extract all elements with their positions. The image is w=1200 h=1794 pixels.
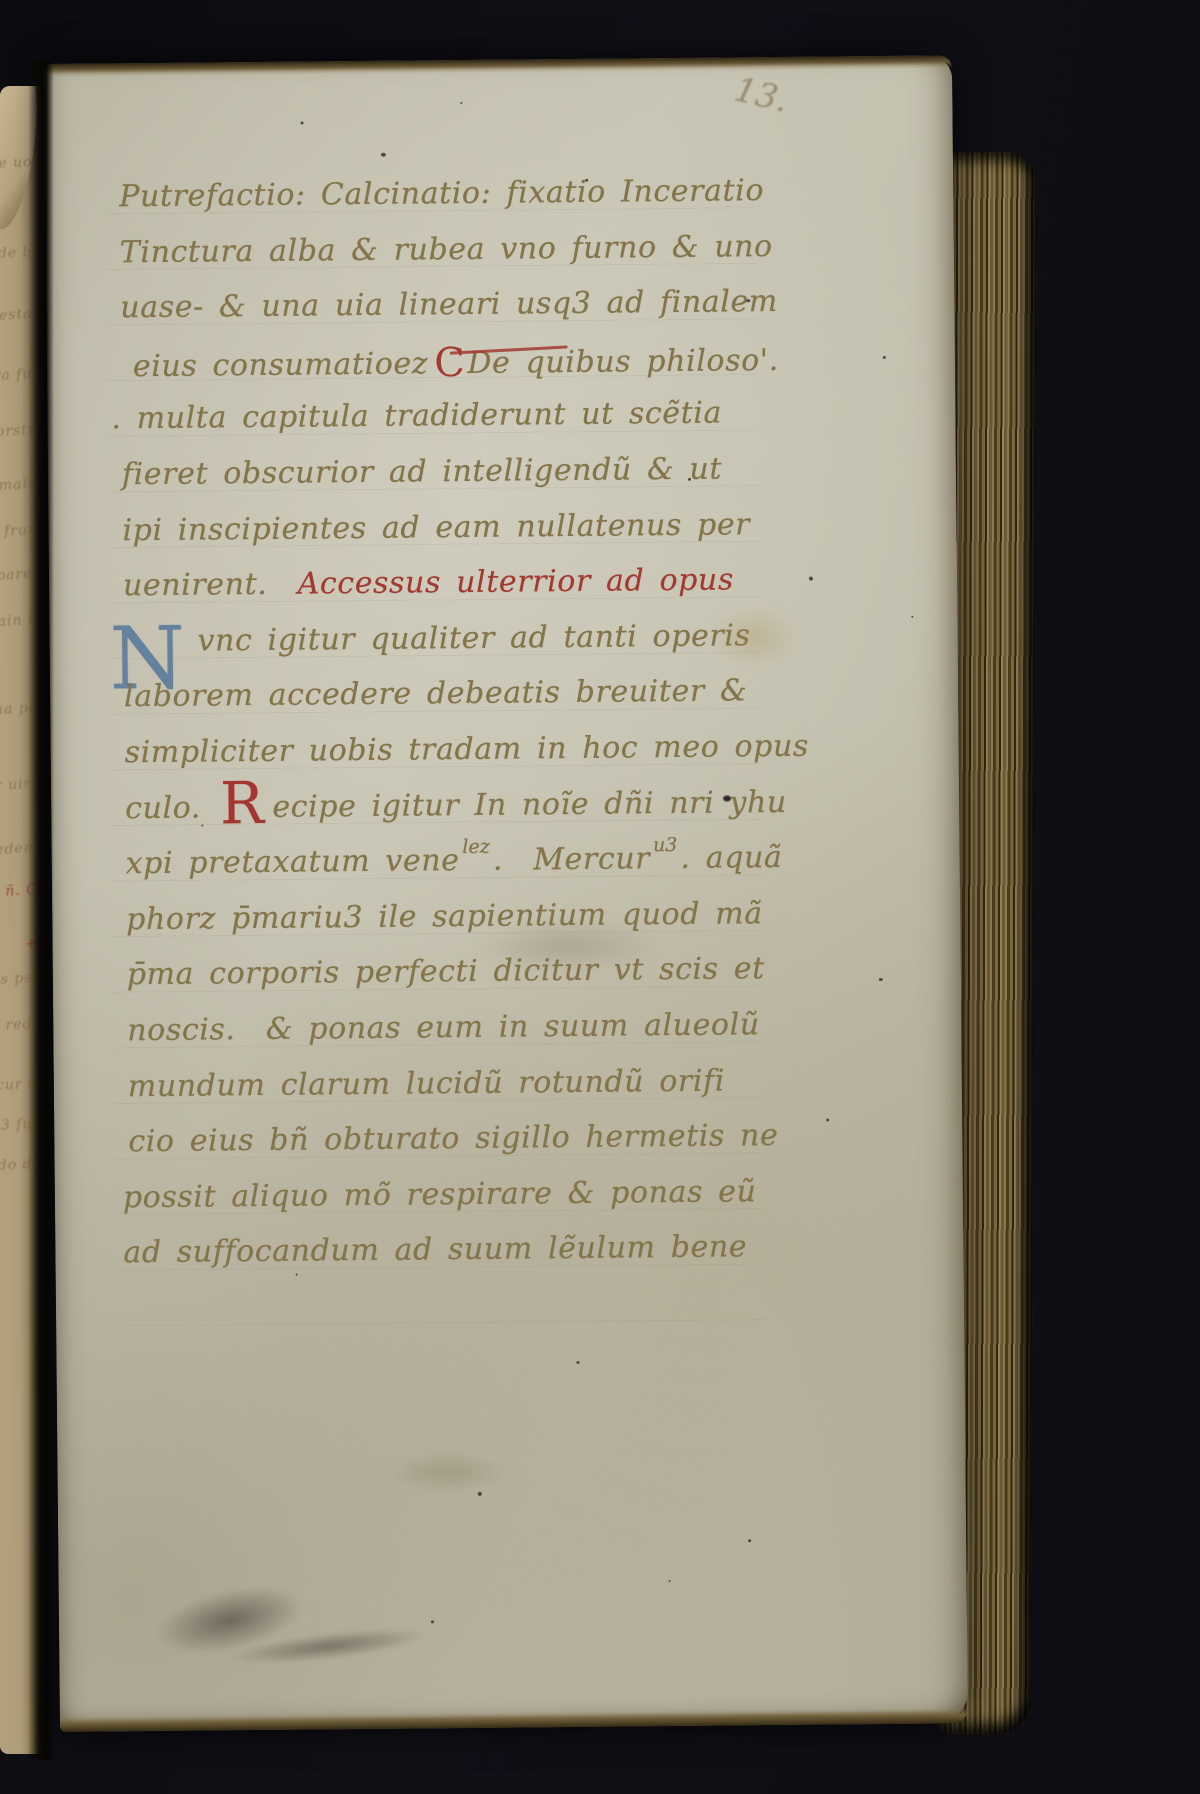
- line-text: Putrefactio: Calcinatio: fixatio Incerat…: [119, 173, 764, 214]
- ink-speckle: [746, 299, 750, 302]
- line-text: vnc igitur qualiter ad tanti operis: [197, 618, 750, 658]
- line-text: ecipe igitur In noĩe dñi nri yhu: [272, 784, 787, 824]
- manuscript-line: . multa capitula tradiderunt ut scẽtia: [111, 385, 786, 447]
- ink-speckle: [809, 577, 813, 581]
- manuscript-page: 13. Putrefactio: Calcinatio: fixatio Inc…: [44, 55, 968, 1732]
- manuscript-line: ad suffocandum ad suum lẽulum bene: [123, 1219, 794, 1281]
- line-text: noscis. & ponas eum in suum alueolũ: [127, 1007, 760, 1048]
- line-text: ipi inscipientes ad eam nullatenus per: [122, 507, 750, 548]
- manuscript-line: culo. Recipe igitur In noĩe dñi nri yhu: [125, 774, 790, 836]
- manuscript-line: possit aliquo mõ respirare & ponas eũ: [123, 1164, 794, 1226]
- line-text: cio eius bñ obturato sigillo hermetis ne: [128, 1118, 778, 1159]
- manuscript-line: eius consumatioezCDe quibus philoso'.: [121, 330, 786, 392]
- manuscript-line: mundum clarum lucidũ rotundũ orifi: [128, 1052, 793, 1114]
- line-text: xpi pretaxatum vene: [126, 843, 460, 881]
- manuscript-line: Putrefactio: Calcinatio: fixatio Incerat…: [119, 163, 784, 225]
- manuscript-line: cio eius bñ obturato sigillo hermetis ne: [128, 1108, 793, 1170]
- line-text: Tinctura alba & rubea vno furno & uno: [120, 229, 773, 270]
- manuscript-line: xpi pretaxatum venelez. Mercuru3. aquã: [125, 830, 790, 892]
- manuscript-line: Nvnc igitur qualiter ad tanti operis: [123, 608, 788, 670]
- ink-speckle: [301, 122, 304, 125]
- manuscript-line: uase- & una uia lineari usq3 ad finalem: [120, 274, 785, 336]
- manuscript-line: fieret obscurior ad intelligendũ & ut: [122, 441, 787, 503]
- ink-speckle: [879, 978, 883, 981]
- line-text: . Mercur: [493, 841, 651, 878]
- book-gutter-shadow: [28, 60, 54, 1760]
- line-text: culo.: [125, 790, 216, 826]
- ink-speckle: [585, 179, 588, 182]
- ink-speckle: [576, 1361, 579, 1364]
- ink-speckle: [381, 153, 386, 157]
- line-text: ad suffocandum ad suum lẽulum bene: [123, 1230, 747, 1271]
- ink-speckle: [431, 1620, 434, 1623]
- illuminated-initial-r: R: [220, 787, 265, 817]
- manuscript-photo: ñe uol ide bl gestal fra ful gorstu maĩn…: [0, 0, 1200, 1794]
- line-text: simpliciter uobis tradam in hoc meo opus: [124, 729, 809, 771]
- manuscript-line: ipi inscipientes ad eam nullatenus per: [122, 496, 787, 558]
- line-text: phorz p̄mariu3 ile sapientium quod mã: [126, 896, 763, 937]
- rubric-heading: Accessus ulterrior ad opus: [298, 563, 735, 602]
- ink-speckle: [669, 1580, 671, 1582]
- parchment-stain: [387, 1452, 507, 1493]
- manuscript-line: noscis. & ponas eum in suum alueolũ: [127, 997, 792, 1059]
- text-block: Putrefactio: Calcinatio: fixatio Incerat…: [119, 163, 794, 1281]
- ink-speckle: [826, 1119, 829, 1122]
- line-text: . multa capitula tradiderunt ut scẽtia: [111, 396, 722, 437]
- line-text: possit aliquo mõ respirare & ponas eũ: [123, 1174, 757, 1215]
- folio-number: 13.: [730, 69, 792, 120]
- ink-speckle: [201, 825, 203, 827]
- line-text: uase- & una uia lineari usq3 ad finalem: [120, 284, 778, 325]
- capitulum-mark: C: [434, 340, 466, 386]
- line-text: uenirent.: [123, 567, 298, 604]
- ink-speckle: [296, 1274, 298, 1276]
- line-text: . aquã: [680, 840, 782, 876]
- line-text: fieret obscurior ad intelligendũ & ut: [122, 451, 722, 492]
- ink-speckle: [478, 1492, 482, 1496]
- ink-speckle: [688, 478, 691, 481]
- line-text: eius consumatioez: [133, 346, 429, 384]
- ink-speckle: [883, 356, 886, 359]
- superscript-correction: u3: [653, 836, 678, 855]
- speckle-layer: [44, 55, 952, 64]
- line-text: mundum clarum lucidũ rotundũ orifi: [128, 1063, 725, 1104]
- manuscript-line: Tinctura alba & rubea vno furno & uno: [120, 219, 785, 281]
- ink-dot: [723, 795, 731, 801]
- line-text: laborem accedere debeatis breuiter &: [124, 674, 748, 715]
- manuscript-line: phorz p̄mariu3 ile sapientium quod mã: [126, 886, 791, 948]
- superscript-correction: lez: [462, 838, 490, 857]
- ink-speckle: [748, 1539, 751, 1542]
- manuscript-line: laborem accedere debeatis breuiter &: [124, 663, 789, 725]
- ink-speckle: [911, 616, 913, 618]
- manuscript-line: p̄ma corporis perfecti dicitur vt scis e…: [126, 941, 791, 1003]
- line-text: p̄ma corporis perfecti dicitur vt scis e…: [127, 951, 765, 992]
- ink-speckle: [460, 102, 462, 104]
- manuscript-line: uenirent. Accessus ulterrior ad opus: [123, 552, 788, 614]
